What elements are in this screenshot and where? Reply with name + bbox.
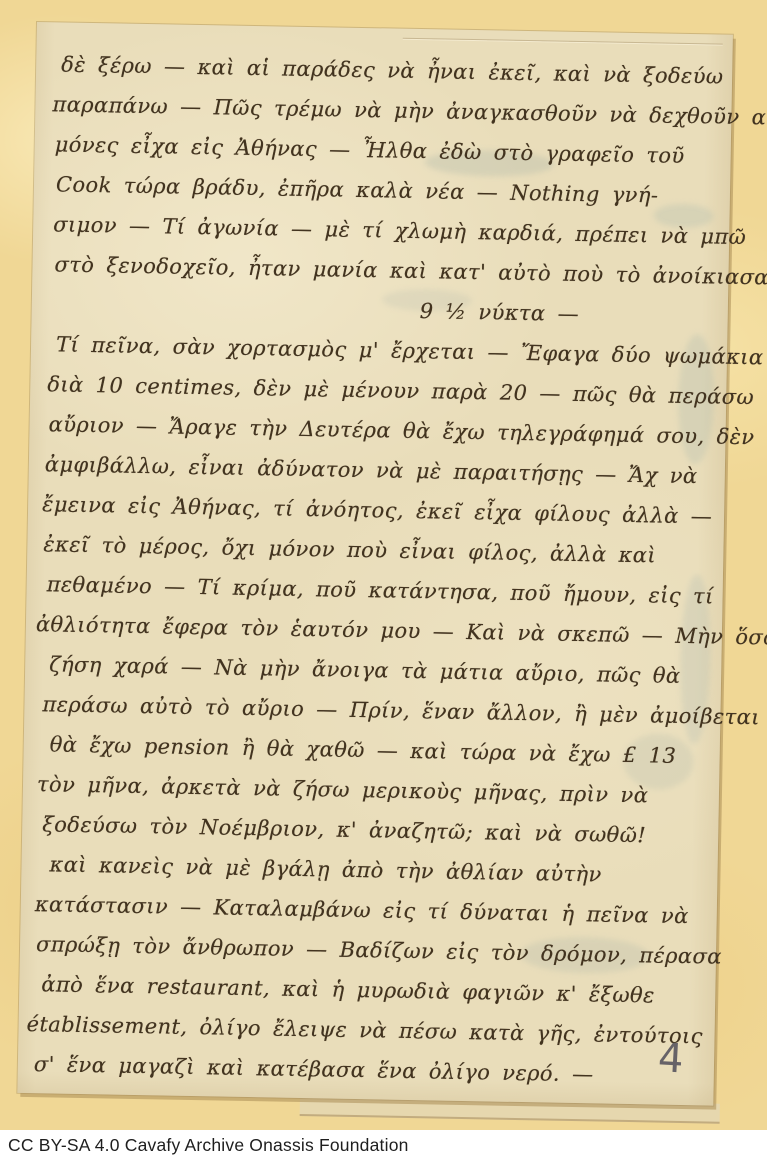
manuscript-text: δὲ ξέρω — καὶ αἱ παράδες νὰ ἦναι ἐκεῖ, κ… (18, 44, 705, 1096)
license-text: CC BY-SA 4.0 Cavafy Archive Onassis Foun… (0, 1135, 409, 1156)
page-number: 4 (657, 1035, 685, 1082)
time-annotation: 9 ½ νύκτα — (419, 291, 700, 336)
scan-viewport: δὲ ξέρω — καὶ αἱ παράδες νὰ ἦναι ἐκεῖ, κ… (0, 0, 767, 1161)
paper-crease (403, 38, 723, 45)
manuscript-page: δὲ ξέρω — καὶ αἱ παράδες νὰ ἦναι ἐκεῖ, κ… (17, 22, 733, 1106)
license-bar: CC BY-SA 4.0 Cavafy Archive Onassis Foun… (0, 1130, 767, 1161)
